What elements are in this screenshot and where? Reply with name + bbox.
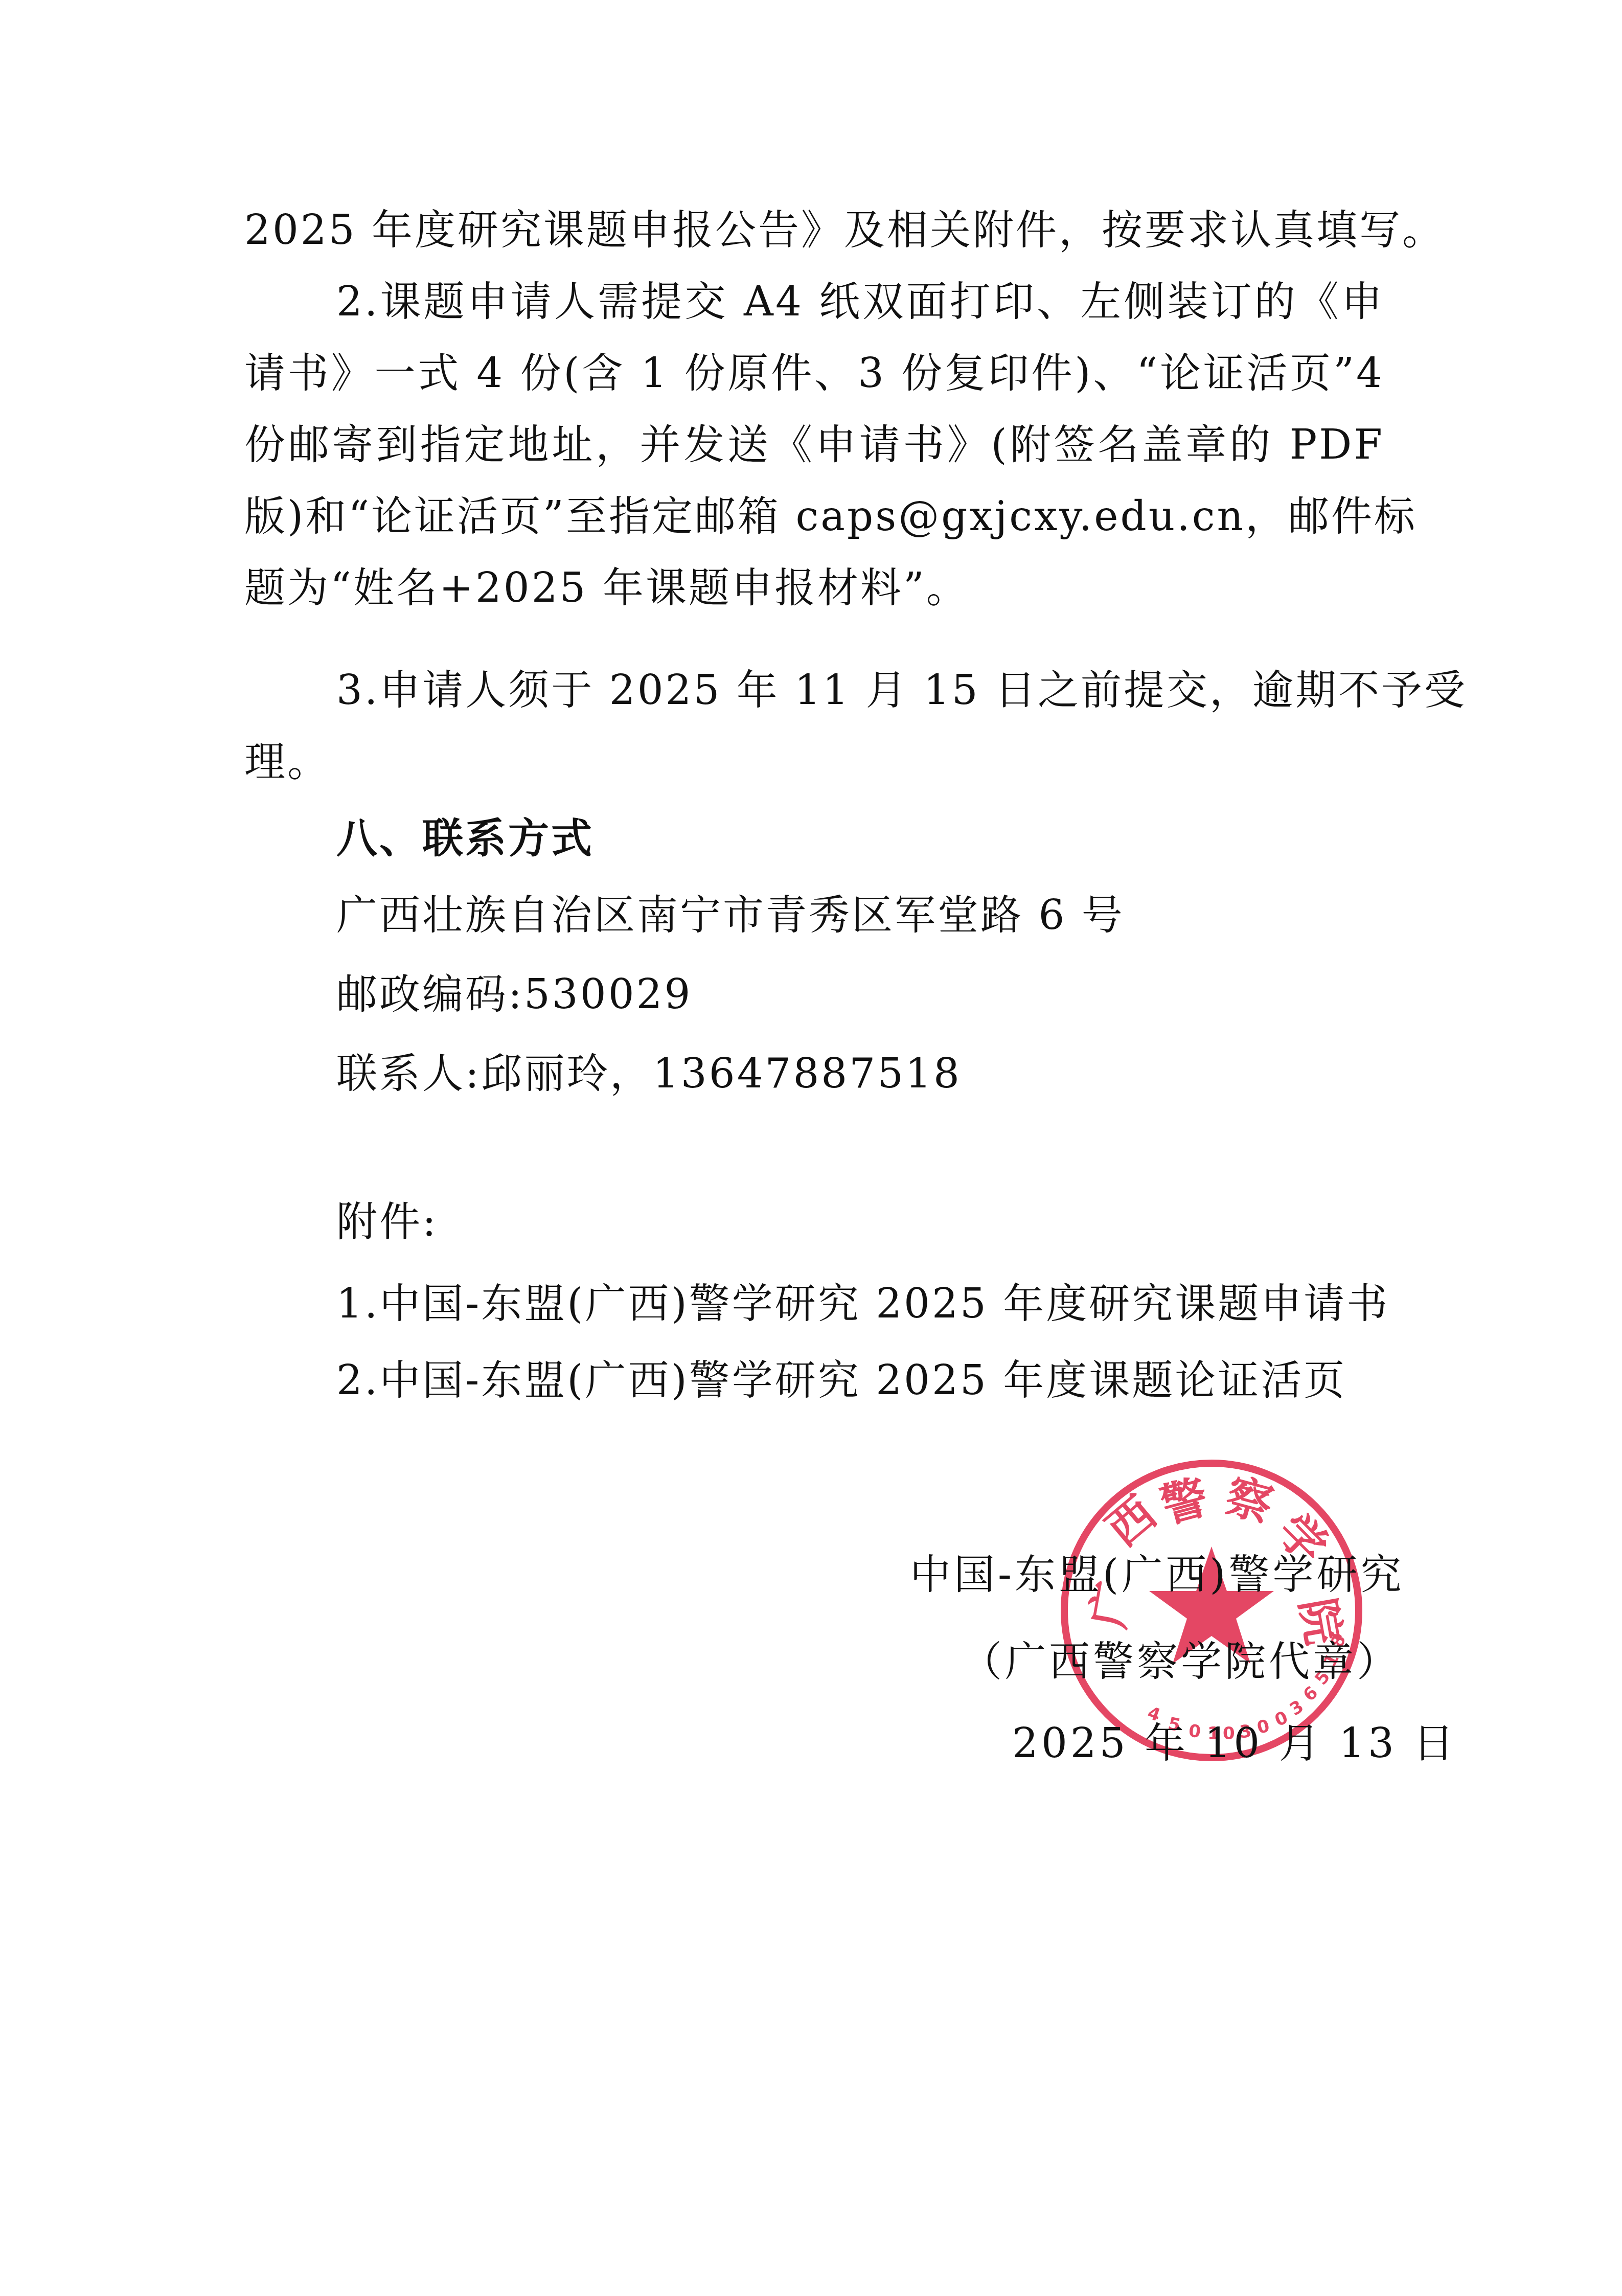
paragraph-line: 理。: [244, 736, 1384, 787]
svg-text:警: 警: [1155, 1470, 1214, 1534]
paragraph-line: 2025 年度研究课题申报公告》及相关附件，按要求认真填写。: [244, 204, 1384, 256]
contact-person: 联系人:邱丽玲，13647887518: [336, 1048, 962, 1099]
contact-postcode: 邮政编码:530029: [336, 969, 692, 1020]
document-page: 2025 年度研究课题申报公告》及相关附件，按要求认真填写。 2.课题申请人需提…: [0, 0, 1622, 2296]
svg-text:察: 察: [1220, 1469, 1278, 1533]
contact-address: 广西壮族自治区南宁市青秀区军堂路 6 号: [336, 890, 1125, 941]
paragraph-line: 2.课题申请人需提交 A4 纸双面打印、左侧装订的《申: [336, 276, 1384, 327]
paragraph-line: 请书》一式 4 份(含 1 份原件、3 份复印件)、“论证活页”4: [244, 348, 1384, 399]
attachment-item: 2.中国-东盟(广西)警学研究 2025 年度课题论证活页: [336, 1355, 1346, 1406]
paragraph-line: 份邮寄到指定地址，并发送《申请书》(附签名盖章的 PDF: [244, 419, 1384, 470]
attachment-item: 1.中国-东盟(广西)警学研究 2025 年度研究课题申请书: [336, 1278, 1389, 1329]
signature-date: 2025 年 10 月 13 日: [1012, 1718, 1375, 1769]
attachments-label: 附件:: [336, 1196, 438, 1247]
paragraph-line: 版)和“论证活页”至指定邮箱 caps@gxjcxy.edu.cn，邮件标: [244, 491, 1384, 542]
signature-organization: 中国-东盟(广西)警学研究: [910, 1549, 1375, 1600]
svg-text:西: 西: [1096, 1486, 1166, 1557]
paragraph-line: 3.申请人须于 2025 年 11 月 15 日之前提交，逾期不予受: [336, 665, 1384, 716]
paragraph-line: 题为“姓名+2025 年课题申报材料”。: [244, 562, 1384, 613]
signature-proxy-seal: （广西警察学院代章）: [961, 1636, 1385, 1687]
svg-text:3: 3: [1286, 1696, 1307, 1720]
section-heading-contact: 八、联系方式: [336, 813, 594, 864]
